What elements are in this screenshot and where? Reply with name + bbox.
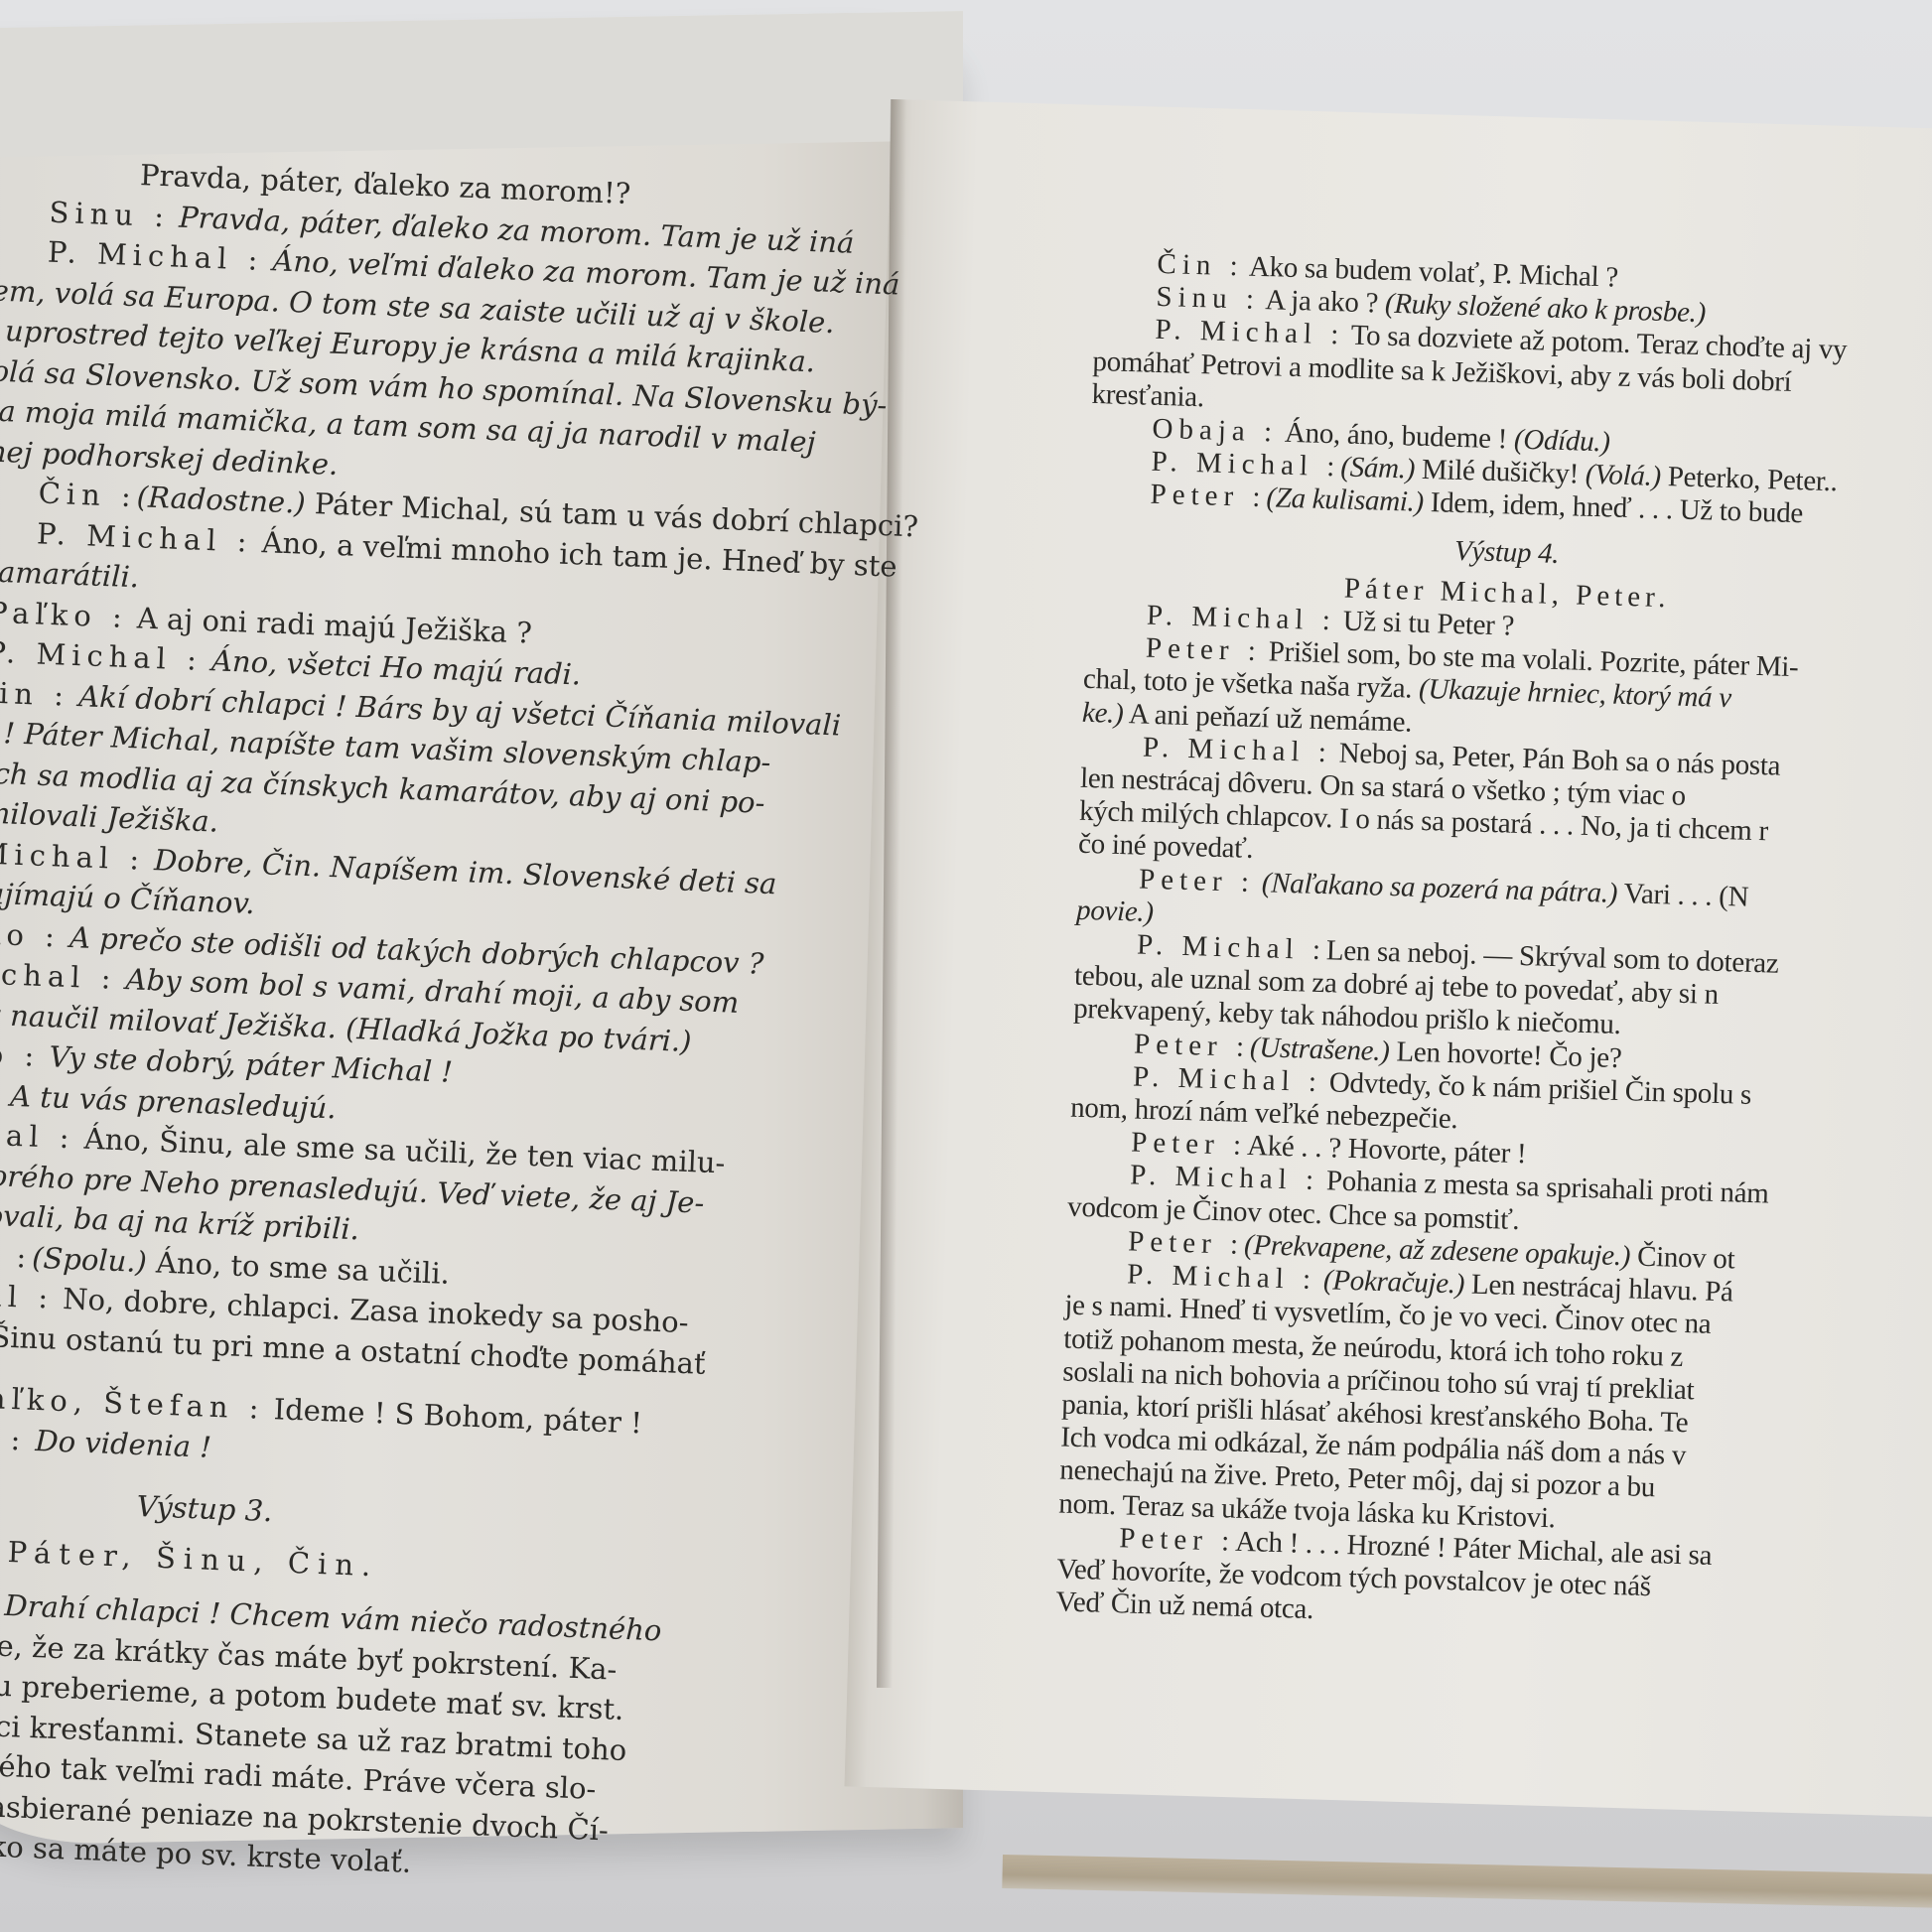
speaker-name: Sinu : [1156,281,1260,316]
dialogue-text: Len hovorte! Čo je? [1389,1035,1622,1074]
speaker-name: u : [0,1076,2,1112]
speaker-name: Peter : [1134,1028,1251,1062]
dialogue-text: Vari . . . (N [1617,878,1749,913]
stage-direction: (Radostne.) [136,480,306,520]
stage-direction: (Odídu.) [1514,424,1611,459]
speaker-name: P. Michal : [37,516,254,558]
speaker-name: žko : [0,915,62,953]
speaker-name: Peter : [1119,1522,1236,1557]
speaker-name: P. Michal : [1133,1060,1323,1098]
speaker-name: Michal : [0,836,146,876]
speaker-name: Peter : [1131,1127,1248,1162]
speaker-name: P. Michal : [1137,929,1327,967]
speaker-name: Peter : [1146,632,1263,667]
speaker-name: P. Michal : [1155,314,1345,351]
dialogue-text: Peterko, Peter.. [1660,461,1838,497]
photo-scene: Pravda, páter, ďaleko za morom!? Sinu : … [0,0,1932,1932]
speaker-name: Peter : [1128,1225,1245,1260]
right-page-text: Čin : Ako sa budem volať, P. Michal ? Si… [1055,246,1850,1641]
stage-direction: (Volá.) [1585,459,1661,492]
speaker-name: P. Michal : [1151,446,1341,483]
speaker-name: chal : [0,1277,55,1314]
stage-direction: (Spolu.) [32,1240,148,1278]
dialogue-text: Milé dušičky! [1415,454,1587,490]
speaker-name: pci : [0,1237,33,1275]
speaker-name: hal : [0,1420,27,1457]
speaker-name: P. Michal : [1127,1258,1317,1296]
speaker-name: Čin : [0,674,70,712]
stage-direction: ke.) [1082,696,1124,729]
speaker-name: Peter : [1139,863,1256,897]
dialogue-text: Áno, áno, budeme ! [1285,417,1515,456]
left-page-text: Pravda, páter, ďaleko za morom!? Sinu : … [0,149,931,1900]
book-cover-edge [1002,1855,1932,1908]
speaker-name: P. Michal : [1147,600,1337,637]
speaker-name: P. Michal : [0,635,204,677]
dialogue-text: Činov ot [1630,1240,1735,1275]
speaker-name: P. Michal : [1143,731,1333,768]
dialogue-text: Už si tu Peter ? [1342,606,1514,642]
speaker-name: P. Michal : [47,235,264,277]
speaker-name: P. Michal : [1130,1160,1320,1197]
speaker-name: Sinu : [49,195,171,233]
speaker-name: Michal : [0,955,117,995]
stage-direction: (Za kulisami.) [1266,483,1424,519]
speaker-name: Paľko : [0,595,128,633]
dialogue-text: A ja ako ? [1265,284,1386,320]
stage-direction: (Sám.) [1340,452,1416,485]
speaker-name: Obaja : [1152,413,1278,449]
speaker-name: Čin : [38,476,137,513]
dialogue-text: Do videnia ! [35,1424,212,1464]
stage-direction: (Ustrašene.) [1250,1032,1390,1067]
speaker-name: ichal : [0,1116,75,1155]
speaker-name: Peter : [1150,479,1267,513]
speaker-name: Čin : [1157,248,1244,283]
speaker-name: ľko : [0,1035,41,1073]
stage-direction: (Pokračuje.) [1323,1264,1465,1300]
